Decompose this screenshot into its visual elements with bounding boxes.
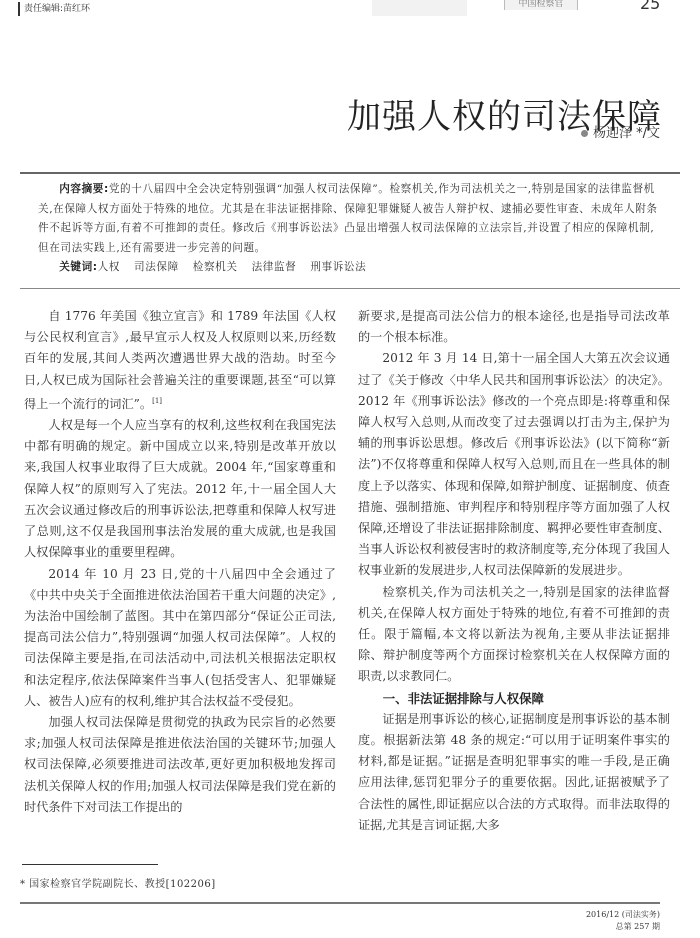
paragraph: 证据是刑事诉讼的核心,证据制度是刑事诉讼的基本制度。根据新法第 48 条的规定:… — [358, 709, 670, 836]
bullet-dot-icon — [581, 130, 588, 137]
divider-abstract — [20, 288, 680, 289]
citation-ref: [1] — [152, 397, 162, 405]
section-heading: 一、非法证据排除与人权保障 — [358, 688, 670, 709]
paragraph: 2014 年 10 月 23 日,党的十八届四中全会通过了《中共中央关于全面推进… — [24, 564, 336, 712]
body-column-left: 自 1776 年美国《独立宣言》和 1789 年法国《人权与公民权利宣言》,最早… — [24, 306, 336, 818]
abstract-text: 党的十八届四中全会决定特别强调“加强人权司法保障”。检察机关,作为司法机关之一,… — [38, 183, 658, 254]
keyword: 司法保障 — [134, 261, 179, 273]
abstract-block: 内容摘要:党的十八届四中全会决定特别强调“加强人权司法保障”。检察机关,作为司法… — [38, 180, 662, 278]
paragraph-continued: 新要求,是提高司法公信力的根本途径,也是指导司法改革的一个根本标准。 — [358, 306, 670, 348]
abstract-label: 内容摘要: — [59, 183, 109, 195]
keyword: 法律监督 — [252, 261, 297, 273]
editor-credit: 责任编辑:苗红环 — [18, 2, 90, 16]
divider-top — [20, 172, 680, 174]
author-footnote: * 国家检察官学院副院长、教授[102206] — [20, 875, 216, 890]
paragraph: 加强人权司法保障是贯彻党的执政为民宗旨的必然要求;加强人权司法保障是推进依法治国… — [24, 712, 336, 818]
paragraph: 自 1776 年美国《独立宣言》和 1789 年法国《人权与公民权利宣言》,最早… — [24, 306, 336, 415]
paragraph-text: 自 1776 年美国《独立宣言》和 1789 年法国《人权与公民权利宣言》,最早… — [24, 309, 336, 411]
abstract-paragraph: 内容摘要:党的十八届四中全会决定特别强调“加强人权司法保障”。检察机关,作为司法… — [38, 180, 662, 258]
issue-number: 总第 257 期 — [586, 921, 660, 933]
footnote-divider — [22, 864, 158, 865]
byline: 杨迎泽 */文 — [581, 122, 660, 141]
header-band — [372, 0, 467, 16]
paragraph: 检察机关,作为司法机关之一,特别是国家的法律监督机关,在保障人权方面处于特殊的地… — [358, 582, 670, 688]
keyword: 刑事诉讼法 — [310, 261, 366, 273]
issue-date: 2016/12 (司法实务) — [586, 909, 660, 921]
keywords-line: 关键词:人权司法保障检察机关法律监督刑事诉讼法 — [38, 258, 662, 278]
body-column-right: 新要求,是提高司法公信力的根本途径,也是指导司法改革的一个根本标准。 2012 … — [358, 306, 670, 836]
page-number: 25 — [640, 0, 660, 13]
keywords-label: 关键词: — [59, 261, 97, 273]
divider-bottom — [20, 902, 660, 904]
paragraph: 2012 年 3 月 14 日,第十一届全国人大第五次会议通过了《关于修改〈中华… — [358, 348, 670, 581]
keyword: 检察机关 — [193, 261, 238, 273]
paragraph: 人权是每一个人应当享有的权利,这些权利在我国宪法中都有明确的规定。新中国成立以来… — [24, 415, 336, 563]
journal-mark: 中国检察官 — [504, 0, 578, 10]
keyword: 人权 — [98, 261, 120, 273]
issue-info: 2016/12 (司法实务) 总第 257 期 — [586, 909, 660, 933]
author-name: 杨迎泽 */文 — [593, 126, 660, 141]
